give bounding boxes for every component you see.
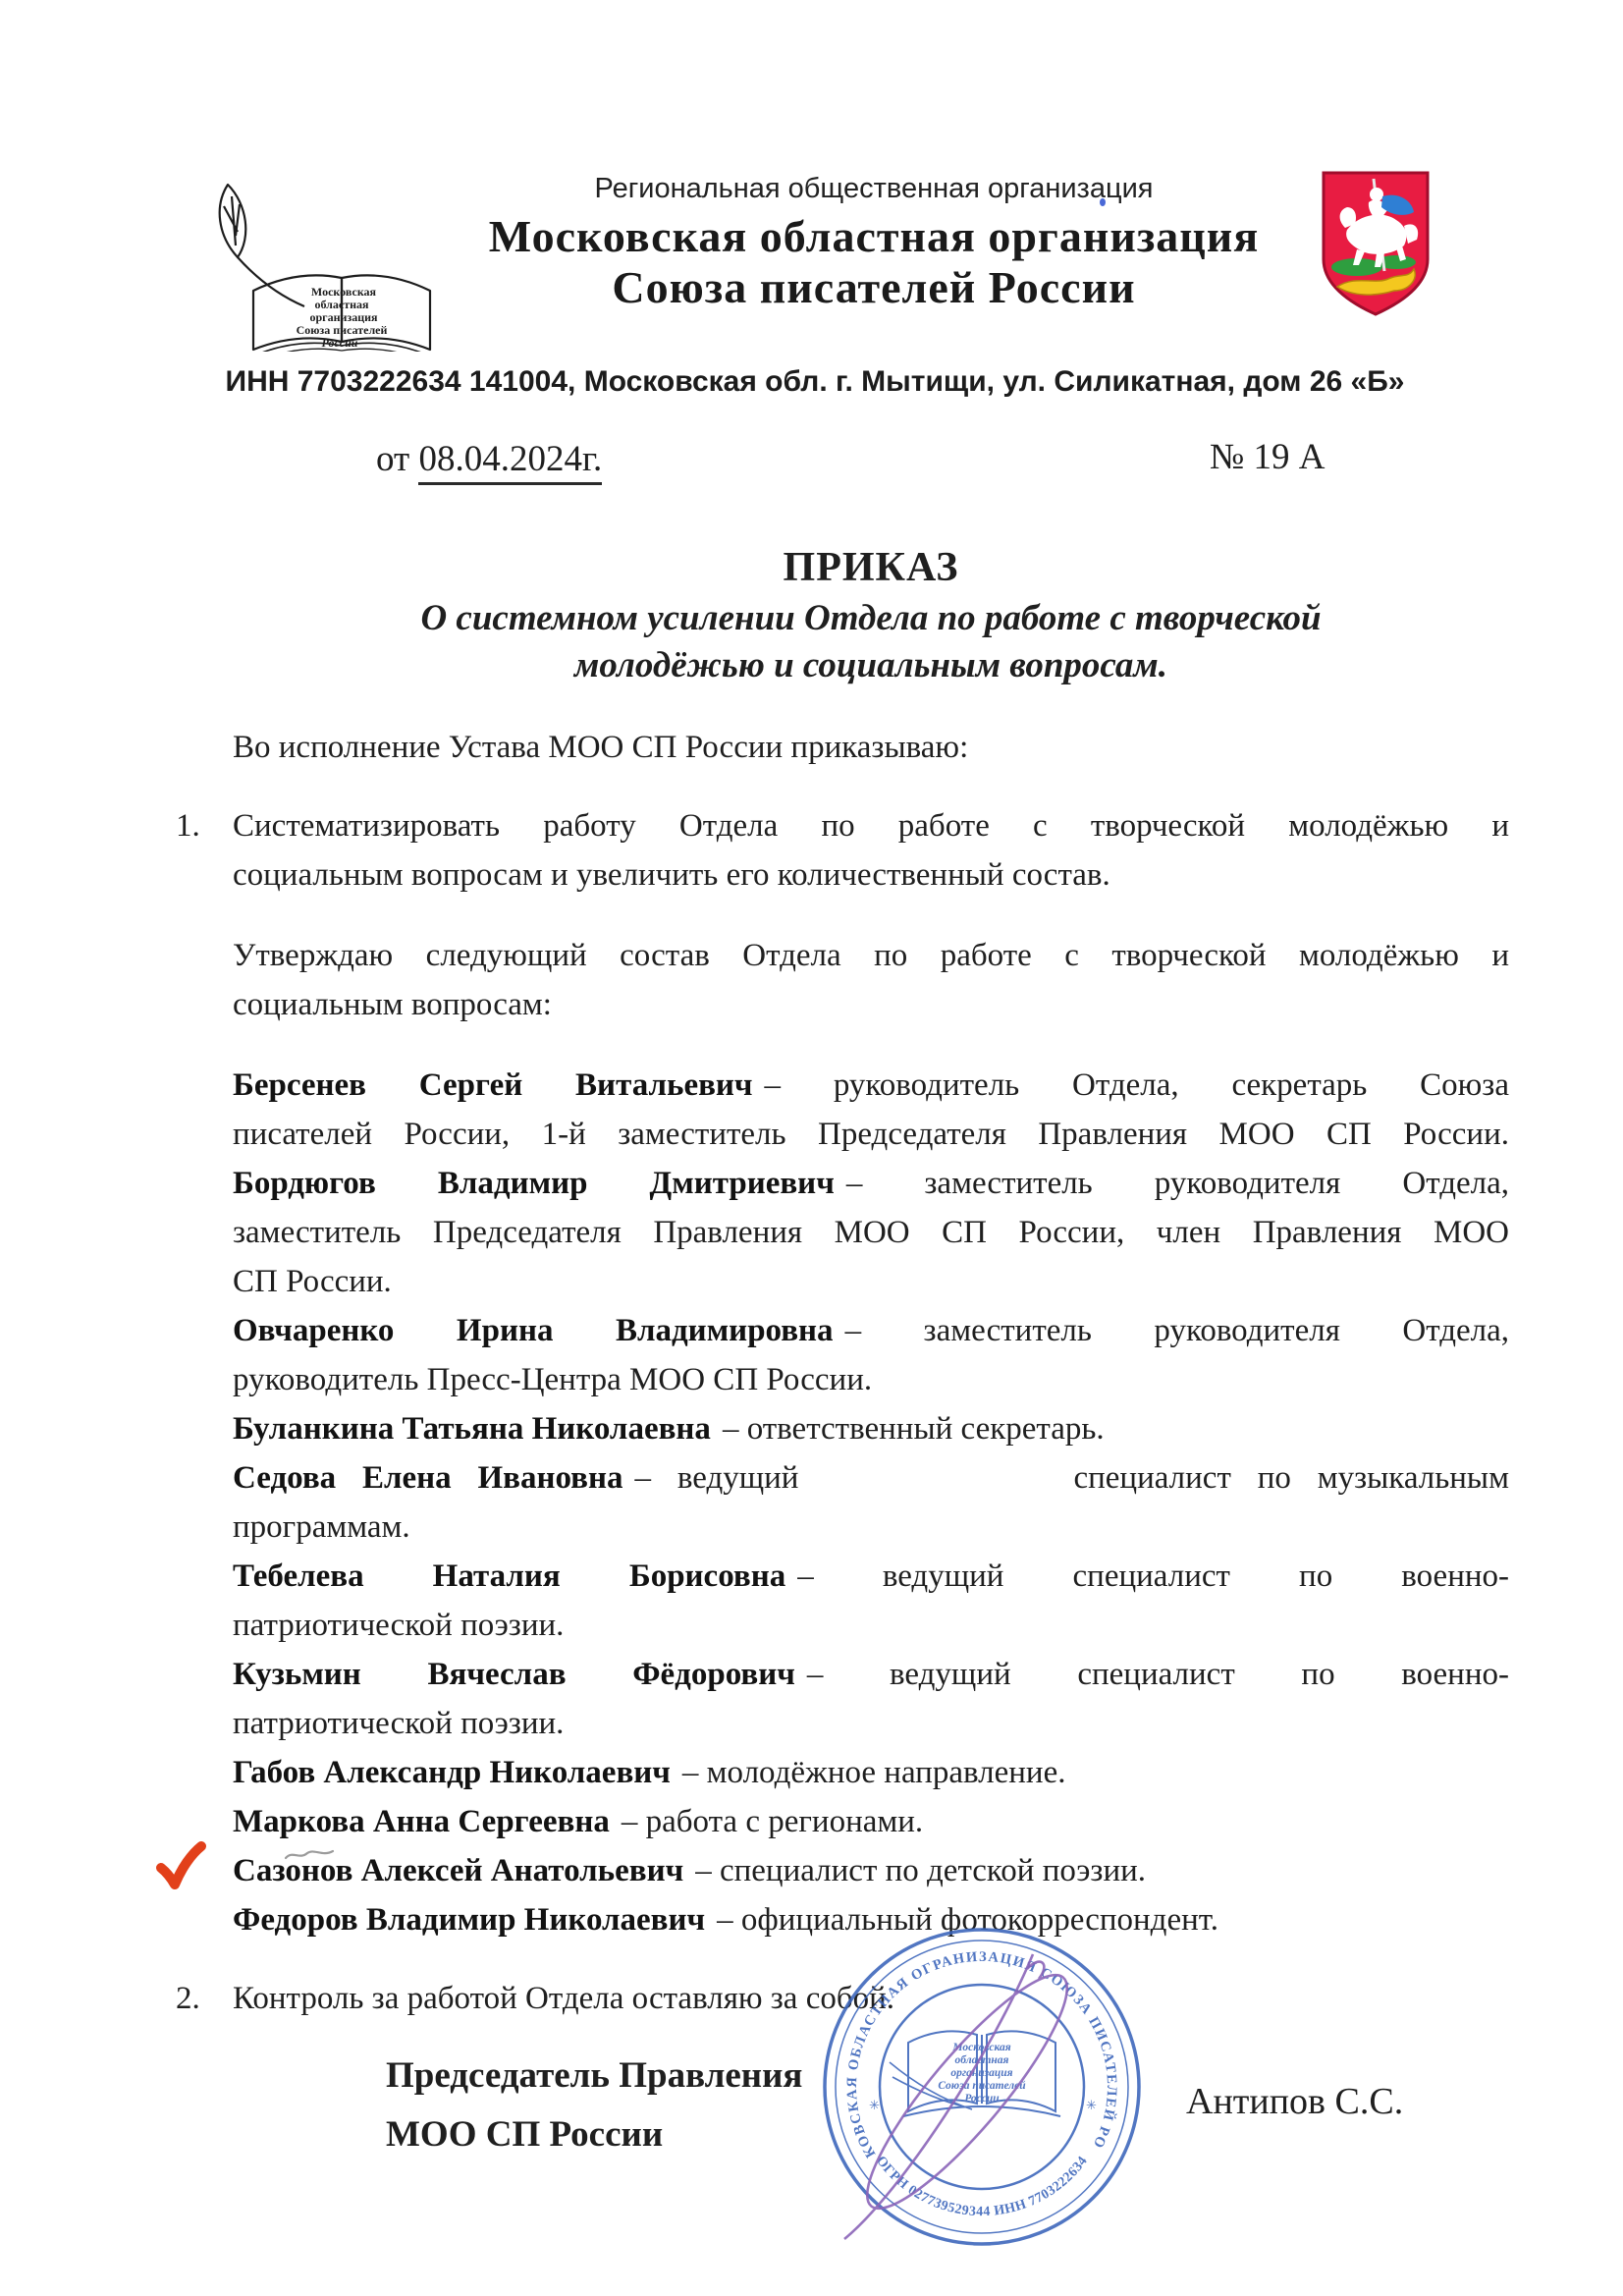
document-subtitle-line2: молодёжью и социальным вопросам. xyxy=(233,642,1509,689)
date-line: от 08.04.2024г. xyxy=(376,438,602,480)
item-text-line: социальным вопросам и увеличить его коли… xyxy=(233,850,1509,900)
writers-union-logo: Московская областная организация Союза п… xyxy=(194,177,450,352)
stamp-center-line: организация xyxy=(950,2067,1012,2079)
member-role: патриотической поэзии. xyxy=(233,1601,1509,1650)
stamp-separator-icon: ✳ xyxy=(869,2098,880,2112)
member-role: заместитель Председателя Правления МОО С… xyxy=(233,1208,1509,1257)
member-role: руководитель Пресс-Центра МОО СП России. xyxy=(233,1355,1509,1404)
member-row: Седова Елена Ивановна– ведущийспециалист… xyxy=(233,1453,1509,1552)
svg-text:ОГРН 027739529344 ИНН 7703222: ОГРН 027739529344 ИНН 7703222634 xyxy=(873,2154,1091,2219)
member-row: Бордюгов Владимир Дмитриевич– заместител… xyxy=(233,1159,1509,1306)
member-name: Тебелева Наталия Борисовна xyxy=(233,1558,785,1594)
signer-name: Антипов С.С. xyxy=(1186,2080,1403,2123)
member-row: Буланкина Татьяна Николаевна– ответствен… xyxy=(233,1404,1509,1453)
item-number: 1. xyxy=(176,801,200,850)
member-name: Седова Елена Ивановна xyxy=(233,1460,623,1496)
ink-dot-mark xyxy=(1100,198,1106,206)
stamp-separator-icon: ✳ xyxy=(1086,2098,1097,2112)
member-role: специалист по музыкальным xyxy=(1073,1460,1509,1496)
approve-paragraph: Утверждаю следующий состав Отдела по раб… xyxy=(233,931,1509,1029)
member-role: – работа с регионами. xyxy=(622,1804,923,1839)
date-value: 08.04.2024г. xyxy=(418,439,602,485)
member-role: – ответственный секретарь. xyxy=(723,1411,1105,1447)
member-name: Габов Александр Николаевич xyxy=(233,1755,671,1790)
stamp-ogrn-inn-text: ОГРН 027739529344 ИНН 7703222634 xyxy=(873,2154,1091,2219)
letterhead: Региональная общественная организация Мо… xyxy=(422,173,1325,313)
member-name: Овчаренко Ирина Владимировна xyxy=(233,1313,834,1348)
stamp-center-line: Союза писателей xyxy=(938,2079,1026,2092)
document-body: ПРИКАЗ О системном усилении Отдела по ра… xyxy=(233,540,1509,2023)
item-text-line: Систематизировать работу Отдела по работ… xyxy=(233,801,1509,850)
member-name: Кузьмин Вячеслав Фёдорович xyxy=(233,1657,795,1692)
approve-line: социальным вопросам: xyxy=(233,980,1509,1029)
date-prefix: от xyxy=(376,439,409,479)
member-role: СП России. xyxy=(233,1257,1509,1306)
member-row: Кузьмин Вячеслав Фёдорович– ведущий спец… xyxy=(233,1650,1509,1748)
member-name: Берсенев Сергей Витальевич xyxy=(233,1067,753,1103)
org-name-line2: Союза писателей России xyxy=(422,262,1325,313)
signer-position-line2: МОО СП России xyxy=(386,2113,663,2156)
approve-line: Утверждаю следующий состав Отдела по раб… xyxy=(233,931,1509,980)
document-subtitle-line1: О системном усилении Отдела по работе с … xyxy=(233,595,1509,642)
logo-text-line: областная xyxy=(314,298,369,311)
member-role: писателей России, 1-й заместитель Предсе… xyxy=(233,1110,1509,1159)
member-role: – заместитель руководителя Отдела, xyxy=(846,1166,1509,1201)
svg-text:МОСКОВСКАЯ ОБЛАСТНАЯ ОГРАНИЗАЦ: МОСКОВСКАЯ ОБЛАСТНАЯ ОГРАНИЗАЦИЯ СОЮЗА П… xyxy=(774,1879,1119,2160)
pencil-squiggle-mark xyxy=(284,1829,335,1878)
member-row: Маркова Анна Сергеевна– работа с региона… xyxy=(233,1797,1509,1846)
address-line: ИНН 7703222634 141004, Московская обл. г… xyxy=(147,365,1483,399)
logo-text-line: организация xyxy=(309,310,378,324)
stamp-center-line: России xyxy=(964,2093,1000,2105)
stamp-ring-text: МОСКОВСКАЯ ОБЛАСТНАЯ ОГРАНИЗАЦИЯ СОЮЗА П… xyxy=(774,1879,1119,2160)
moscow-oblast-coat-of-arms-icon xyxy=(1318,169,1434,320)
item-number: 2. xyxy=(176,1974,200,2023)
intro-paragraph: Во исполнение Устава МОО СП России прика… xyxy=(233,723,1509,772)
org-type-line: Региональная общественная организация xyxy=(422,173,1325,205)
order-item-1: 1. Систематизировать работу Отдела по ра… xyxy=(233,801,1509,900)
document-number: № 19 А xyxy=(1210,436,1325,478)
logo-text-line: Союза писателей xyxy=(297,323,388,337)
member-name: Буланкина Татьяна Николаевна xyxy=(233,1411,711,1447)
member-role: программам. xyxy=(233,1503,1509,1552)
round-stamp: МОСКОВСКАЯ ОБЛАСТНАЯ ОГРАНИЗАЦИЯ СОЮЗА П… xyxy=(774,1879,1190,2295)
member-name: Федоров Владимир Николаевич xyxy=(233,1902,705,1938)
member-role: – ведущий xyxy=(635,1460,799,1496)
member-name: Бордюгов Владимир Дмитриевич xyxy=(233,1166,835,1201)
members-list: Берсенев Сергей Витальевич– руководитель… xyxy=(233,1061,1509,1944)
member-row: Тебелева Наталия Борисовна– ведущий спец… xyxy=(233,1552,1509,1650)
org-name-line1: Московская областная организация xyxy=(422,211,1325,262)
signer-position-line1: Председатель Правления xyxy=(386,2054,802,2097)
logo-text-line: России xyxy=(322,336,358,350)
member-role: – ведущий специалист по военно- xyxy=(807,1657,1509,1692)
member-row: Габов Александр Николаевич– молодёжное н… xyxy=(233,1748,1509,1797)
member-role: – руководитель Отдела, секретарь Союза xyxy=(765,1067,1509,1103)
member-role: – ведущий специалист по военно- xyxy=(797,1558,1509,1594)
member-role: – заместитель руководителя Отдела, xyxy=(845,1313,1509,1348)
document-title: ПРИКАЗ xyxy=(233,540,1509,595)
member-role: – молодёжное направление. xyxy=(682,1755,1066,1790)
document-page: Московская областная организация Союза п… xyxy=(0,0,1623,2296)
member-row: Овчаренко Ирина Владимировна– заместител… xyxy=(233,1306,1509,1404)
member-role: патриотической поэзии. xyxy=(233,1699,1509,1748)
logo-text-line: Московская xyxy=(311,285,377,299)
member-row: Берсенев Сергей Витальевич– руководитель… xyxy=(233,1061,1509,1159)
checkmark-icon xyxy=(154,1840,207,1908)
